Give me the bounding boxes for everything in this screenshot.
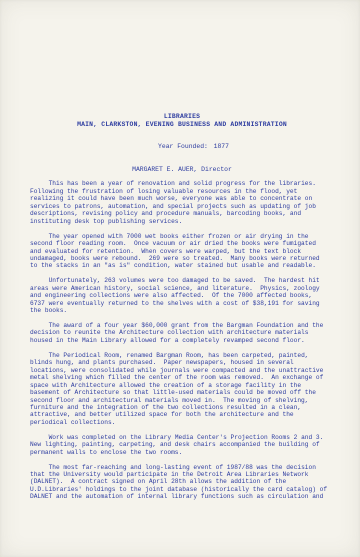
paragraph-dalnet: The most far-reaching and long-lasting e…: [30, 464, 334, 501]
page-subtitle: MAIN, CLARKSTON, EVENING BUSINESS AND AD…: [30, 121, 334, 129]
document-header: LIBRARIES MAIN, CLARKSTON, EVENING BUSIN…: [30, 113, 334, 173]
paragraph-media-center: Work was completed on the Library Media …: [30, 434, 334, 456]
page-title: LIBRARIES: [30, 113, 334, 121]
paragraph-renovation-progress: This has been a year of renovation and s…: [30, 180, 334, 225]
paragraph-periodical-room: The Periodical Room, renamed Bargman Roo…: [30, 352, 334, 427]
paragraph-bargman-grant: The award of a four year $60,000 grant f…: [30, 322, 334, 344]
director-line: MARGARET E. AUER, Director: [30, 166, 334, 174]
document-body: This has been a year of renovation and s…: [30, 180, 334, 500]
year-founded-label: Year Founded:: [158, 143, 208, 150]
year-founded-value: 1877: [214, 143, 229, 150]
year-founded-line: Year Founded:1877: [30, 136, 334, 159]
document-page: LIBRARIES MAIN, CLARKSTON, EVENING BUSIN…: [0, 0, 360, 557]
paragraph-wet-books: The year opened with 7000 wet books eith…: [30, 233, 334, 270]
paragraph-damaged-volumes: Unfortunately, 263 volumes were too dama…: [30, 277, 334, 314]
